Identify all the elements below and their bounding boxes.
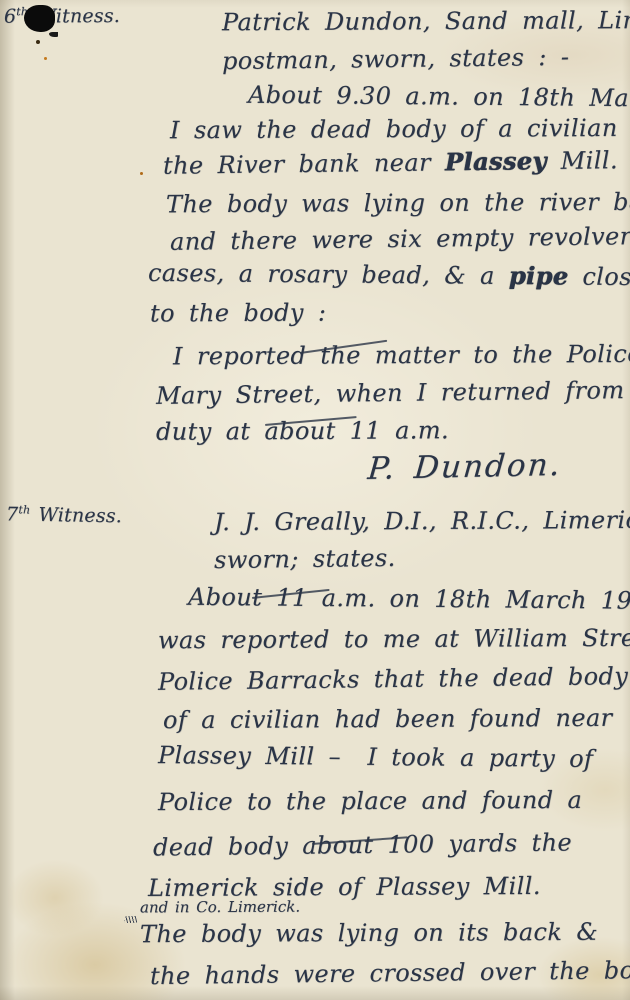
handwritten-line: Plassey Mill – I took a party of xyxy=(158,742,594,772)
ink-blot xyxy=(24,5,55,32)
witness6-signature: P. Dundon. xyxy=(366,448,563,486)
foxing-speck xyxy=(140,172,143,175)
handwritten-line: Mary Street, when I returned from xyxy=(156,377,625,409)
overwritten-word: Plassey xyxy=(445,146,547,176)
witness-word: Witness. xyxy=(38,504,122,527)
insertion-ink-mark xyxy=(124,916,138,923)
foxing-speck xyxy=(36,40,40,44)
handwritten-line: Patrick Dundon, Sand mall, Limerick, xyxy=(222,7,630,36)
handwritten-line: I reported the matter to the Police at xyxy=(173,341,630,370)
handwritten-line: dead body about 100 yards the xyxy=(153,829,572,861)
line-part: close xyxy=(568,262,630,291)
handwritten-line: About 11 a.m. on 18th March 1921 it xyxy=(188,584,630,615)
handwritten-line: of a civilian had been found near xyxy=(163,705,613,734)
handwritten-line: Police Barracks that the dead body xyxy=(158,663,628,695)
manuscript-page: 6th Witness. Patrick Dundon, Sand mall, … xyxy=(0,0,630,1000)
line-part: cases, a rosary bead, & a xyxy=(148,259,509,290)
witness6-label: 6th Witness. xyxy=(4,6,120,28)
handwritten-line: J. J. Greally, D.I., R.I.C., Limerick, xyxy=(214,507,630,536)
handwritten-line: postman, sworn, states : - xyxy=(222,44,570,75)
handwritten-line: About 9.30 a.m. on 18th March, 1921, xyxy=(248,82,630,113)
overwritten-word: pipe xyxy=(509,261,569,291)
handwritten-line: cases, a rosary bead, & a pipe close xyxy=(148,260,630,291)
handwritten-line: I saw the dead body of a civilian on xyxy=(170,115,630,144)
witness-number: 7 xyxy=(6,503,19,525)
handwritten-line: The body was lying on its back & xyxy=(140,919,598,948)
ordinal: th xyxy=(18,503,30,516)
interlinear-insertion: and in Co. Limerick. xyxy=(140,899,300,916)
handwritten-line: Police to the place and found a xyxy=(158,787,582,816)
handwritten-line: The body was lying on the river bank xyxy=(166,189,630,218)
handwritten-line: was reported to me at William Street xyxy=(158,625,630,654)
witness-number: 6 xyxy=(4,6,16,28)
line-part: Mill. xyxy=(547,146,619,175)
witness7-label: 7th Witness. xyxy=(6,504,122,527)
handwritten-line: and there were six empty revolver xyxy=(170,223,630,255)
foxing-speck xyxy=(44,57,47,60)
handwritten-line: the hands were crossed over the body xyxy=(150,957,630,990)
handwritten-line: to the body : xyxy=(150,300,326,327)
line-part: the River bank near xyxy=(163,148,445,179)
handwritten-line: the River bank near Plassey Mill. xyxy=(163,147,618,179)
handwritten-line: sworn; states. xyxy=(214,545,396,574)
